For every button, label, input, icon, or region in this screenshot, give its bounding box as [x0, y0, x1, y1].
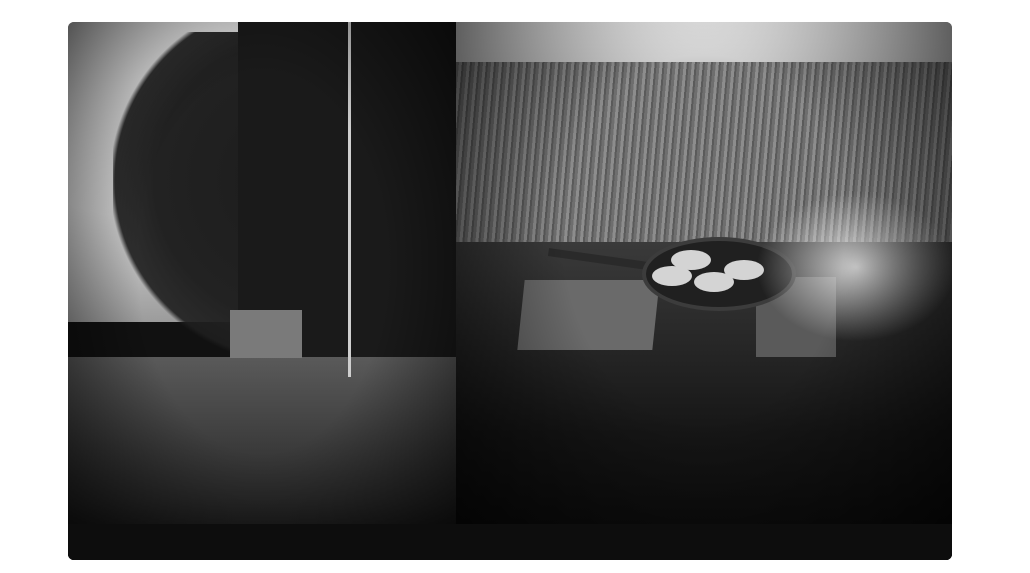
- photograph: [68, 22, 952, 560]
- left-frame: [68, 22, 456, 560]
- film-edge: [68, 524, 952, 560]
- vignette: [456, 22, 952, 560]
- right-frame: [456, 22, 952, 560]
- vignette: [68, 22, 456, 560]
